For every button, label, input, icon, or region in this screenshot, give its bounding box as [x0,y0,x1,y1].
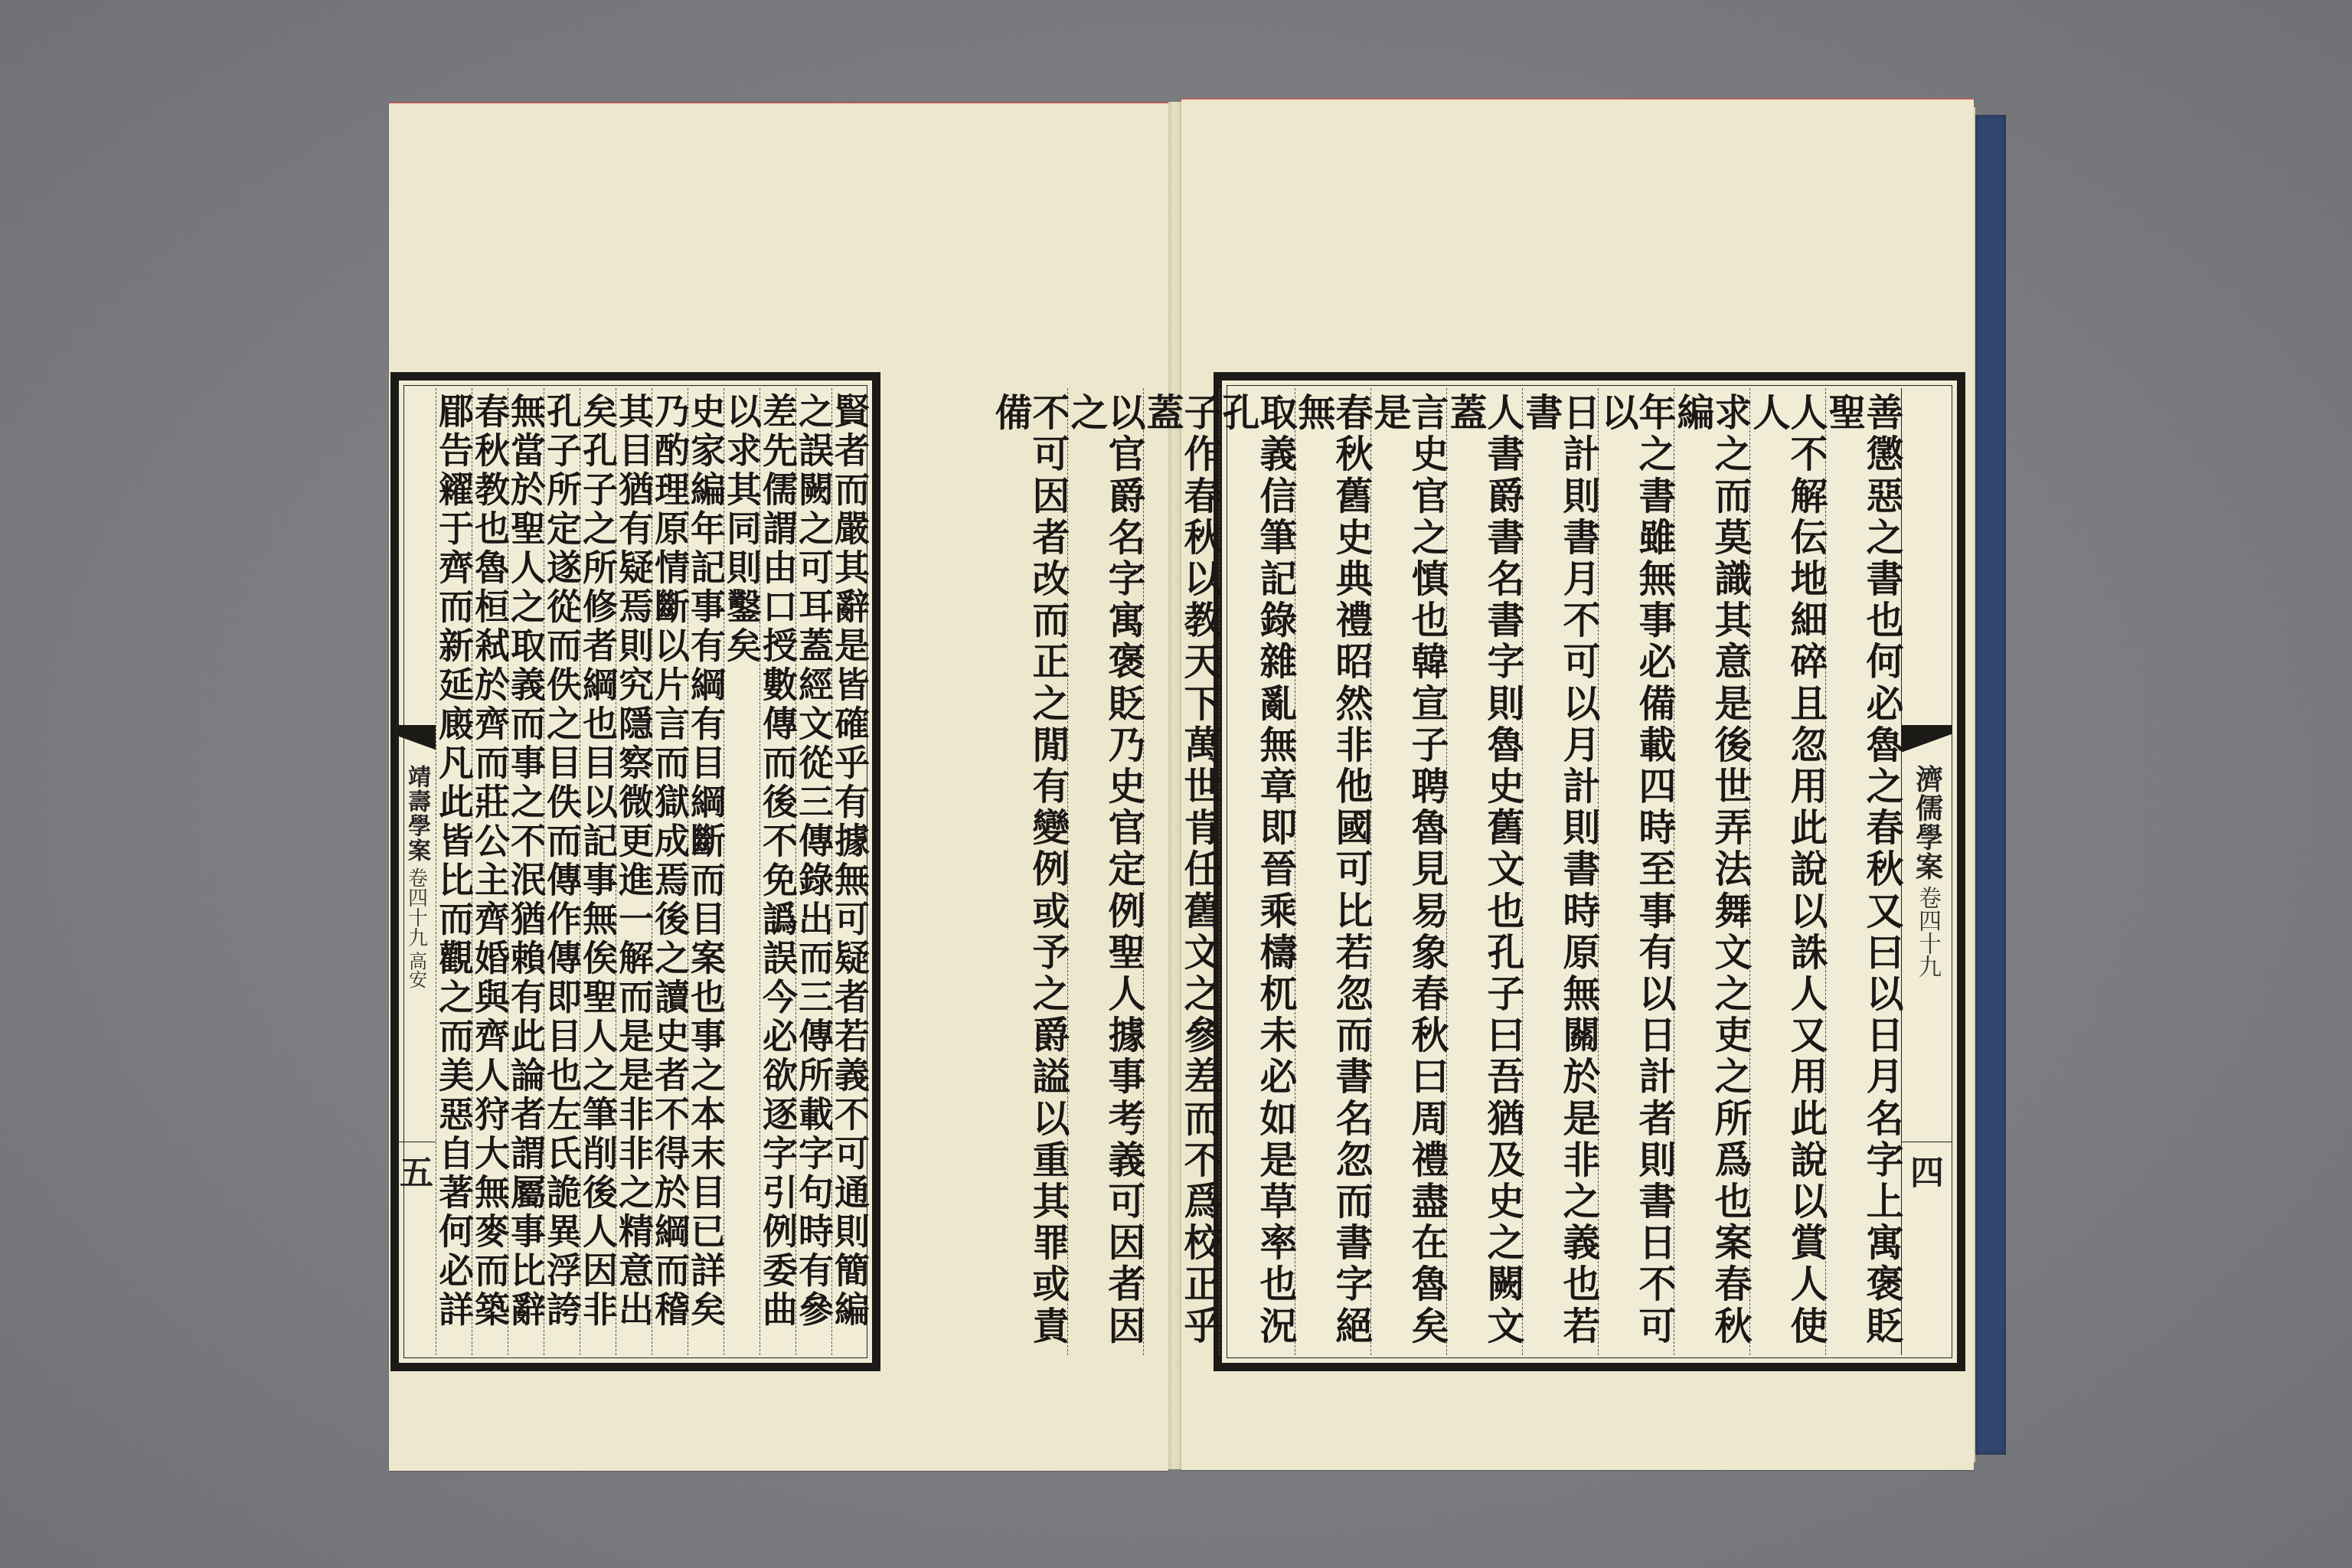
left-fore-edge-column: 靖壽學案 卷四十九 高安 五 [397,388,436,1355]
column-text: 矣孔子之所修者綱也目以記事無俟聖人之筆削後人因非 [580,388,616,1355]
column-text: 之誤闕之可耳蓋經文從三傳錄出而三傳所載字句時有參 [796,388,831,1355]
text-column: 以求其同則鑿矣 [724,388,759,1355]
column-text: 取義信筆記錄雜亂無章即晉乘檮杌未必如是草率也況孔 [1220,388,1295,1355]
text-column: 春秋舊史典禮昭然非他國可比若忽而書名忽而書字絕無 [1295,388,1370,1355]
text-column: 言史官之慎也韓宣子聘魯見易象春秋曰周禮盡在魯矣是 [1370,388,1446,1355]
column-text: 其目猶有疑焉則究隱察微更進一解而是是非非之精意出 [616,388,652,1355]
left-page-text-frame: 賢者而嚴其辭是皆確乎有據無可疑者若義不可通則簡編 之誤闕之可耳蓋經文從三傳錄出而… [390,372,880,1371]
right-fore-edge-column: 濟儒學案 卷四十九 四 [1901,388,1952,1355]
text-column: 矣孔子之所修者綱也目以記事無俟聖人之筆削後人因非 [580,388,616,1355]
text-column: 日計則書月不可以月計則書時原無關於是非之義也若書 [1522,388,1598,1355]
text-column: 人不解伝地細碎且忽用此說以誅人又用此說以賞人使人 [1749,388,1825,1355]
column-text: 人書爵書名書字則魯史舊文也孔子曰吾猶及史之闕文蓋 [1447,388,1522,1355]
text-column: 乃酌理原情斷以片言而獄成焉後之讀史者不得於綱而稽 [652,388,688,1355]
text-column: 孔子所定遂從而佚之目佚而傳作傳即目也左氏詭異浮誇 [544,388,580,1355]
column-text: 以求其同則鑿矣 [724,388,759,1355]
column-text: 善懲惡之書也何必魯之春秋又曰以日月名字上寓褒貶聖 [1826,388,1901,1355]
column-text: 乃酌理原情斷以片言而獄成焉後之讀史者不得於綱而稽 [652,388,688,1355]
text-column: 差先儒謂由口授數傳而後不免譌誤今必欲逐字引例委曲 [759,388,795,1355]
right-page-text-frame: 濟儒學案 卷四十九 四 善懲惡之書也何必魯之春秋又曰以日月名字上寓褒貶聖 人不解… [1214,372,1965,1371]
book-cover-edge [1975,115,2006,1455]
column-text: 賢者而嚴其辭是皆確乎有據無可疑者若義不可通則簡編 [832,388,867,1355]
text-column: 取義信筆記錄雜亂無章即晉乘檮杌未必如是草率也況孔 [1219,388,1295,1355]
banxin-volume: 卷四十九 [403,867,431,947]
column-text: 人不解伝地細碎且忽用此說以誅人又用此說以賞人使人 [1750,388,1825,1355]
column-text: 春秋教也魯桓弒於齊而莊公主齊婚與齊人狩大無麥而築 [472,388,508,1355]
text-column: 其目猶有疑焉則究隱察微更進一解而是是非非之精意出 [616,388,652,1355]
text-column: 史家編年記事有綱有目綱斷而目案也事之本末目已詳矣 [688,388,724,1355]
column-text: 史家編年記事有綱有目綱斷而目案也事之本末目已詳矣 [688,388,724,1355]
column-text: 差先儒謂由口授數傳而後不免譌誤今必欲逐字引例委曲 [760,388,795,1355]
page-number: 五 [397,1142,436,1194]
text-column: 善懲惡之書也何必魯之春秋又曰以日月名字上寓褒貶聖 [1825,388,1901,1355]
text-column: 求之而莫識其意是後世弄法舞文之吏之所爲也案春秋編 [1674,388,1749,1355]
text-column: 之誤闕之可耳蓋經文從三傳錄出而三傳所載字句時有參 [795,388,831,1355]
banxin-subtitle: 高安 [403,952,430,988]
column-text: 子作春秋以教天下萬世肯任舊文之參差而不爲校正乎蓋 [1144,388,1219,1355]
banxin-volume: 卷四十九 [1910,886,1944,978]
text-column: 以官爵名字寓褒貶乃史官定例聖人據事考義可因者因之 [1067,388,1143,1355]
banxin-title: 靖壽學案 [400,765,433,863]
text-column: 賢者而嚴其辭是皆確乎有據無可疑者若義不可通則簡編 [831,388,867,1355]
text-column: 年之書雖無事必備載四時至事有以日計者則書日不可以 [1598,388,1674,1355]
text-column: 春秋教也魯桓弒於齊而莊公主齊婚與齊人狩大無麥而築 [472,388,508,1355]
page-number: 四 [1902,1142,1952,1194]
left-page-columns: 賢者而嚴其辭是皆確乎有據無可疑者若義不可通則簡編 之誤闕之可耳蓋經文從三傳錄出而… [403,388,867,1355]
fishtail-mark-icon [397,725,436,756]
text-column: 無當於聖人之取義而事之不泯猶賴有此論者謂屬事比辭 [508,388,544,1355]
column-text: 以官爵名字寓褒貶乃史官定例聖人據事考義可因者因之 [1068,388,1143,1355]
column-text: 日計則書月不可以月計則書時原無關於是非之義也若書 [1523,388,1598,1355]
text-column: 人書爵書名書字則魯史舊文也孔子曰吾猶及史之闕文蓋 [1446,388,1522,1355]
text-column: 郿告糴于齊而新延廄凡此皆比而觀之而美惡自著何必詳 [436,388,472,1355]
text-column: 子作春秋以教天下萬世肯任舊文之參差而不爲校正乎蓋 [1143,388,1219,1355]
banxin-title: 濟儒學案 [1908,765,1947,881]
column-text: 言史官之慎也韓宣子聘魯見易象春秋曰周禮盡在魯矣是 [1371,388,1446,1355]
right-page-columns: 濟儒學案 卷四十九 四 善懲惡之書也何必魯之春秋又曰以日月名字上寓褒貶聖 人不解… [1227,388,1952,1355]
text-column: 不可因者改而正之閒有變例或予之爵謚以重其罪或責備 [992,388,1067,1355]
column-text: 郿告糴于齊而新延廄凡此皆比而觀之而美惡自著何必詳 [436,388,472,1355]
fishtail-mark-icon [1902,725,1952,756]
column-text: 春秋舊史典禮昭然非他國可比若忽而書名忽而書字絕無 [1295,388,1370,1355]
column-text: 無當於聖人之取義而事之不泯猶賴有此論者謂屬事比辭 [508,388,544,1355]
column-text: 不可因者改而正之閒有變例或予之爵謚以重其罪或責備 [992,388,1067,1355]
column-text: 孔子所定遂從而佚之目佚而傳作傳即目也左氏詭異浮誇 [544,388,580,1355]
column-text: 求之而莫識其意是後世弄法舞文之吏之所爲也案春秋編 [1674,388,1749,1355]
column-text: 年之書雖無事必備載四時至事有以日計者則書日不可以 [1599,388,1674,1355]
